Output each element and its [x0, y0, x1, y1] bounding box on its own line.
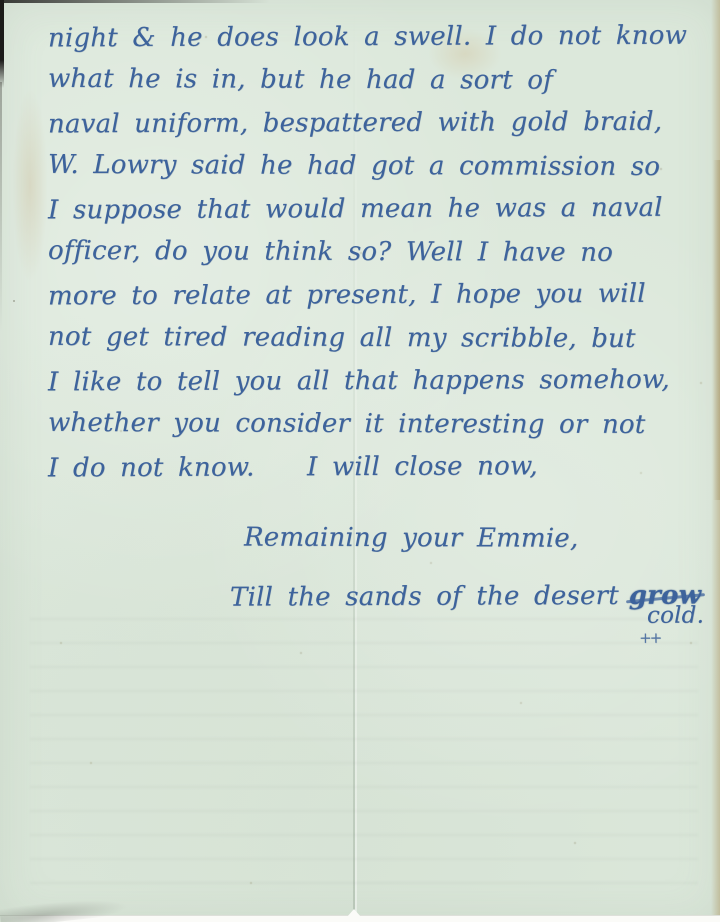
ink-showthrough [30, 618, 698, 904]
handwritten-line-11: I do not know. I will close now, [48, 445, 694, 491]
handwritten-line-10: whether you consider it interesting or n… [48, 402, 694, 447]
right-edge-stain-strong [713, 160, 720, 500]
bottom-edge-notch [347, 909, 361, 917]
top-edge-shadow [0, 0, 270, 3]
paper-speckles [0, 0, 2, 2]
left-edge-shadow [0, 0, 4, 88]
signoff-line: Remaining your Emmie, [48, 516, 694, 561]
handwritten-line-2: what he is in, but he had a sort of [48, 58, 694, 103]
handwritten-line-7: more to relate at present, I hope you wi… [48, 273, 694, 319]
inserted-word: cold. [647, 605, 704, 628]
handwritten-line-9: I like to tell you all that happens some… [48, 359, 694, 405]
handwritten-line-6: officer, do you think so? Well I have no [48, 230, 694, 275]
pencil-smudge [0, 894, 129, 922]
left-edge-faint-shadow [0, 82, 2, 332]
bottom-paper-edge [0, 915, 720, 922]
right-edge-stain [711, 0, 720, 922]
letter-page: night & he does look a swell. I do not k… [0, 0, 720, 922]
handwritten-line-4: W. Lowry said he had got a commission so [48, 144, 694, 189]
handwritten-line-1: night & he does look a swell. I do not k… [48, 15, 694, 61]
closing-line: Till the sands of the desertgrowcold.++ [48, 575, 694, 621]
handwritten-line-8: not get tired reading all my scribble, b… [48, 316, 694, 361]
handwritten-line-5: I suppose that would mean he was a naval [48, 187, 694, 233]
insertion-marks: ++ [639, 631, 660, 646]
handwritten-line-3: naval uniform, bespattered with gold bra… [48, 101, 694, 147]
letter-body: night & he does look a swell. I do not k… [48, 16, 694, 619]
closing-prefix: Till the sands of the desert [230, 581, 619, 613]
left-tan-streak [12, 88, 48, 283]
struck-word-group: growcold.++ [629, 575, 702, 618]
